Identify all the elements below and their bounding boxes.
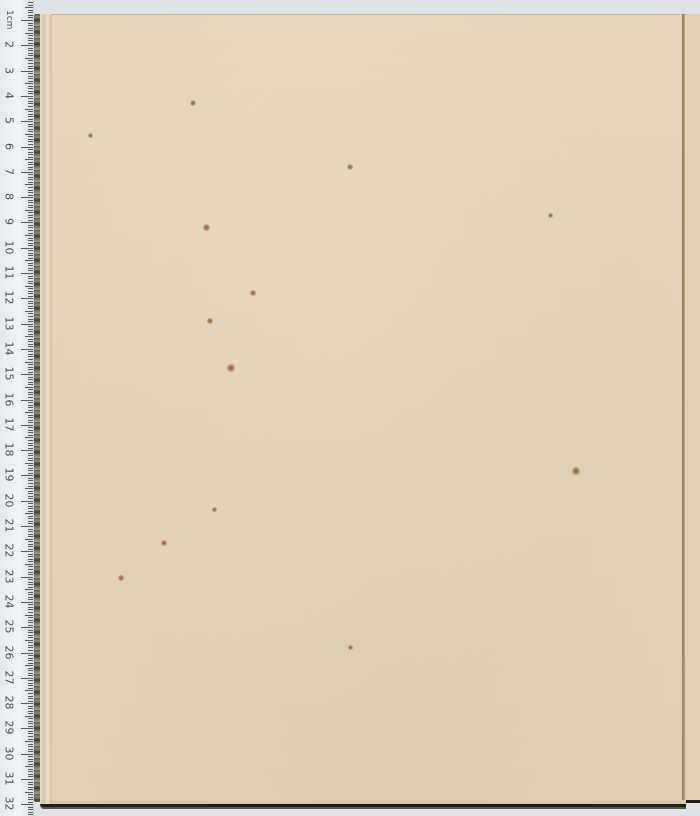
ruler-tick xyxy=(28,28,33,29)
ruler-tick xyxy=(28,506,33,507)
ruler-tick xyxy=(28,126,33,127)
ruler-cm-label: 15 xyxy=(3,366,16,382)
foxing-spot xyxy=(207,318,213,324)
ruler-tick xyxy=(28,455,33,456)
ruler-tick xyxy=(28,195,33,196)
ruler-tick xyxy=(28,675,33,676)
ruler-tick xyxy=(21,172,33,173)
ruler-tick xyxy=(28,468,33,469)
ruler-tick xyxy=(28,76,33,77)
ruler-tick xyxy=(28,17,33,18)
ruler-tick xyxy=(28,405,33,406)
ruler-cm-label: 26 xyxy=(3,644,16,660)
ruler-tick xyxy=(28,744,33,745)
ruler-tick xyxy=(28,541,33,542)
ruler-tick xyxy=(28,521,33,522)
ruler-cm-label: 3 xyxy=(3,62,16,78)
ruler-tick xyxy=(28,255,33,256)
ruler-tick xyxy=(28,86,33,87)
ruler-tick xyxy=(28,617,33,618)
ruler-tick xyxy=(28,609,33,610)
ruler-tick xyxy=(21,248,33,249)
ruler-tick xyxy=(28,200,33,201)
ruler-tick xyxy=(28,281,33,282)
ruler-tick xyxy=(28,470,33,471)
ruler-tick xyxy=(28,68,33,69)
ruler-tick xyxy=(28,152,33,153)
ruler-cm-label: 28 xyxy=(3,695,16,711)
ruler-tick xyxy=(28,253,33,254)
ruler-tick xyxy=(25,83,33,84)
ruler-tick xyxy=(28,645,33,646)
ruler-tick xyxy=(28,534,33,535)
ruler-tick xyxy=(28,607,33,608)
ruler-tick xyxy=(28,230,33,231)
ruler-tick xyxy=(28,215,33,216)
ruler-tick xyxy=(28,15,33,16)
ruler-tick xyxy=(28,162,33,163)
ruler-tick xyxy=(28,733,33,734)
ruler-tick xyxy=(28,296,33,297)
ruler-tick xyxy=(28,663,33,664)
ruler-cm-label: 4 xyxy=(3,87,16,103)
ruler-cm-label: 29 xyxy=(3,720,16,736)
ruler-tick xyxy=(21,678,33,679)
ruler-cm-label: 16 xyxy=(3,391,16,407)
ruler-tick xyxy=(28,776,33,777)
ruler-cm-label: 23 xyxy=(3,568,16,584)
ruler-tick xyxy=(28,726,33,727)
ruler-tick xyxy=(28,486,33,487)
ruler-tick xyxy=(28,238,33,239)
ruler-tick xyxy=(28,491,33,492)
ruler-tick xyxy=(28,66,33,67)
ruler-tick xyxy=(28,139,33,140)
ruler-tick xyxy=(25,615,33,616)
ruler-tick xyxy=(28,597,33,598)
ruler-tick xyxy=(28,430,33,431)
foxing-spot xyxy=(347,164,353,170)
ruler-tick xyxy=(25,109,33,110)
ruler-tick xyxy=(28,326,33,327)
ruler-tick xyxy=(21,526,33,527)
ruler-tick xyxy=(28,265,33,266)
ruler-tick xyxy=(21,501,33,502)
ruler-tick xyxy=(28,212,33,213)
ruler-tick xyxy=(28,93,33,94)
ruler-tick xyxy=(28,354,33,355)
ruler-tick xyxy=(28,207,33,208)
ruler-tick xyxy=(28,60,33,61)
ruler-tick xyxy=(21,703,33,704)
ruler-tick xyxy=(28,91,33,92)
ruler-cm-label: 8 xyxy=(3,189,16,205)
ruler-tick xyxy=(25,210,33,211)
foxing-spot xyxy=(348,645,353,650)
ruler-tick xyxy=(28,718,33,719)
ruler-tick xyxy=(28,478,33,479)
ruler-tick xyxy=(28,187,33,188)
ruler-tick xyxy=(28,240,33,241)
ruler-tick xyxy=(28,549,33,550)
ruler-tick xyxy=(21,577,33,578)
ruler-tick xyxy=(28,761,33,762)
ruler-cm-label: 1cm xyxy=(4,10,14,26)
ruler-tick xyxy=(25,134,33,135)
ruler-tick xyxy=(28,2,33,3)
ruler-tick xyxy=(28,220,33,221)
ruler-tick xyxy=(28,63,33,64)
ruler-tick xyxy=(21,400,33,401)
ruler-cm-label: 30 xyxy=(3,745,16,761)
ruler-tick xyxy=(28,301,33,302)
ruler-tick xyxy=(28,233,33,234)
ruler-tick xyxy=(28,35,33,36)
ruler-tick xyxy=(21,197,33,198)
ruler-tick xyxy=(28,688,33,689)
ruler-tick xyxy=(28,764,33,765)
ruler-tick xyxy=(28,784,33,785)
ruler-tick xyxy=(28,769,33,770)
ruler-tick xyxy=(28,493,33,494)
ruler-tick xyxy=(28,344,33,345)
ruler-tick xyxy=(28,670,33,671)
ruler-tick xyxy=(21,425,33,426)
ruler-tick xyxy=(28,706,33,707)
ruler-tick xyxy=(28,243,33,244)
ruler-tick xyxy=(25,387,33,388)
foxing-spot xyxy=(548,213,553,218)
ruler-tick xyxy=(25,513,33,514)
scanned-book-page: 1cm2345678910111213141516171819202122232… xyxy=(0,0,700,816)
ruler-cm-label: 7 xyxy=(3,163,16,179)
ruler-tick xyxy=(28,713,33,714)
ruler-tick xyxy=(21,374,33,375)
ruler-tick xyxy=(28,650,33,651)
ruler-tick xyxy=(28,582,33,583)
ruler-tick xyxy=(28,579,33,580)
ruler-tick xyxy=(28,334,33,335)
ruler-tick xyxy=(28,263,33,264)
ruler-tick xyxy=(28,516,33,517)
ruler-tick xyxy=(28,53,33,54)
ruler-tick xyxy=(28,154,33,155)
ruler-tick xyxy=(28,55,33,56)
ruler-tick xyxy=(21,602,33,603)
ruler-tick xyxy=(21,349,33,350)
ruler-tick xyxy=(28,723,33,724)
ruler-tick xyxy=(28,746,33,747)
ruler-tick xyxy=(28,346,33,347)
ruler-tick xyxy=(28,561,33,562)
ruler-tick xyxy=(28,313,33,314)
ruler-tick xyxy=(28,389,33,390)
ruler-tick xyxy=(28,384,33,385)
ruler-tick xyxy=(28,782,33,783)
ruler-tick xyxy=(28,410,33,411)
ruler-tick xyxy=(21,728,33,729)
foxing-spot xyxy=(190,100,196,106)
ruler-cm-label: 19 xyxy=(3,467,16,483)
ruler-tick xyxy=(28,38,33,39)
ruler-tick xyxy=(28,544,33,545)
ruler-tick xyxy=(21,324,33,325)
ruler-tick xyxy=(21,273,33,274)
ruler-tick xyxy=(28,635,33,636)
ruler-tick xyxy=(28,420,33,421)
ruler-tick xyxy=(28,660,33,661)
ruler-tick xyxy=(28,637,33,638)
ruler-cm-label: 32 xyxy=(3,796,16,812)
ruler-tick xyxy=(28,625,33,626)
ruler-tick xyxy=(28,554,33,555)
ruler-tick xyxy=(28,10,33,11)
ruler-tick xyxy=(25,640,33,641)
ruler-tick xyxy=(28,88,33,89)
ruler-tick xyxy=(28,407,33,408)
ruler-cm-label: 6 xyxy=(3,138,16,154)
foxing-spot xyxy=(203,224,210,231)
ruler-tick xyxy=(28,708,33,709)
ruler-tick xyxy=(28,377,33,378)
ruler-cm-label: 27 xyxy=(3,669,16,685)
ruler-tick xyxy=(28,432,33,433)
ruler-tick xyxy=(28,546,33,547)
ruler-tick xyxy=(28,787,33,788)
ruler-tick xyxy=(28,701,33,702)
ruler-tick xyxy=(28,789,33,790)
ruler-tick xyxy=(28,341,33,342)
ruler-tick xyxy=(28,658,33,659)
ruler-tick xyxy=(28,594,33,595)
ruler-tick xyxy=(28,774,33,775)
ruler-tick xyxy=(28,622,33,623)
ruler-tick xyxy=(28,319,33,320)
ruler-tick xyxy=(28,435,33,436)
ruler-tick xyxy=(28,182,33,183)
ruler-tick xyxy=(25,260,33,261)
ruler-tick xyxy=(28,303,33,304)
ruler-tick xyxy=(25,58,33,59)
ruler-tick xyxy=(25,159,33,160)
ruler-cm-label: 21 xyxy=(3,518,16,534)
ruler-tick xyxy=(28,417,33,418)
ruler-tick xyxy=(28,445,33,446)
ruler-cm-label: 24 xyxy=(3,593,16,609)
ruler-tick xyxy=(28,202,33,203)
ruler-tick xyxy=(28,698,33,699)
ruler-tick xyxy=(28,592,33,593)
ruler-tick xyxy=(28,43,33,44)
ruler-tick xyxy=(28,278,33,279)
measuring-ruler: 1cm2345678910111213141516171819202122232… xyxy=(0,0,34,816)
ruler-tick xyxy=(28,40,33,41)
ruler-cm-label: 14 xyxy=(3,340,16,356)
ruler-tick xyxy=(28,331,33,332)
ruler-tick xyxy=(21,147,33,148)
ruler-tick xyxy=(28,536,33,537)
ruler-tick xyxy=(28,465,33,466)
ruler-tick xyxy=(28,794,33,795)
ruler-tick xyxy=(28,25,33,26)
ruler-tick xyxy=(28,529,33,530)
ruler-tick xyxy=(28,397,33,398)
ruler-tick xyxy=(28,364,33,365)
ruler-tick xyxy=(28,458,33,459)
ruler-tick xyxy=(28,48,33,49)
ruler-tick xyxy=(21,779,33,780)
ruler-tick xyxy=(28,367,33,368)
ruler-tick xyxy=(28,632,33,633)
ruler-tick xyxy=(25,7,33,8)
ruler-tick xyxy=(28,731,33,732)
ruler-tick xyxy=(28,587,33,588)
ruler-cm-label: 22 xyxy=(3,543,16,559)
ruler-tick xyxy=(28,693,33,694)
ruler-tick xyxy=(28,749,33,750)
ruler-tick xyxy=(28,114,33,115)
ruler-tick xyxy=(28,50,33,51)
ruler-tick xyxy=(28,141,33,142)
ruler-tick xyxy=(28,98,33,99)
foxing-spot xyxy=(88,133,93,138)
ruler-tick xyxy=(21,71,33,72)
foxing-spot xyxy=(250,290,256,296)
ruler-tick xyxy=(28,81,33,82)
ruler-tick xyxy=(25,665,33,666)
page-gutter xyxy=(682,14,685,800)
ruler-tick xyxy=(21,754,33,755)
ruler-tick xyxy=(28,566,33,567)
ruler-tick xyxy=(28,415,33,416)
ruler-tick xyxy=(25,463,33,464)
ruler-tick xyxy=(28,78,33,79)
ruler-tick xyxy=(28,496,33,497)
ruler-tick xyxy=(28,673,33,674)
ruler-tick xyxy=(28,119,33,120)
ruler-tick xyxy=(28,759,33,760)
ruler-tick xyxy=(21,653,33,654)
ruler-tick xyxy=(28,453,33,454)
ruler-tick xyxy=(28,683,33,684)
ruler-tick xyxy=(28,448,33,449)
ruler-tick xyxy=(28,23,33,24)
adjacent-page-edge xyxy=(686,14,700,803)
ruler-tick xyxy=(21,222,33,223)
ruler-tick xyxy=(28,270,33,271)
ruler-tick xyxy=(28,116,33,117)
ruler-tick xyxy=(28,129,33,130)
ruler-tick xyxy=(28,157,33,158)
ruler-tick xyxy=(28,498,33,499)
ruler-tick xyxy=(28,809,33,810)
ruler-tick xyxy=(28,329,33,330)
ruler-tick xyxy=(28,630,33,631)
ruler-tick xyxy=(28,620,33,621)
ruler-tick xyxy=(28,225,33,226)
ruler-tick xyxy=(28,559,33,560)
ruler-tick xyxy=(25,741,33,742)
ruler-tick xyxy=(21,121,33,122)
ruler-tick xyxy=(28,756,33,757)
blank-page xyxy=(52,14,686,801)
foxing-spot xyxy=(227,364,235,372)
ruler-tick xyxy=(28,668,33,669)
ruler-tick xyxy=(28,174,33,175)
ruler-tick xyxy=(28,392,33,393)
ruler-tick xyxy=(28,572,33,573)
ruler-tick xyxy=(28,503,33,504)
ruler-tick xyxy=(28,359,33,360)
ruler-tick xyxy=(28,508,33,509)
ruler-tick xyxy=(28,369,33,370)
ruler-tick xyxy=(28,177,33,178)
ruler-tick xyxy=(28,604,33,605)
ruler-tick xyxy=(28,339,33,340)
ruler-tick xyxy=(21,627,33,628)
ruler-tick xyxy=(28,685,33,686)
ruler-tick xyxy=(28,291,33,292)
ruler-tick xyxy=(28,394,33,395)
ruler-tick xyxy=(21,96,33,97)
ruler-tick xyxy=(28,227,33,228)
ruler-tick xyxy=(28,192,33,193)
ruler-tick xyxy=(25,235,33,236)
ruler-cm-label: 11 xyxy=(3,265,16,281)
ruler-tick xyxy=(28,574,33,575)
ruler-tick xyxy=(28,283,33,284)
ruler-tick xyxy=(25,437,33,438)
ruler-tick xyxy=(28,647,33,648)
ruler-tick xyxy=(28,480,33,481)
foxing-spot xyxy=(572,467,580,475)
ruler-tick xyxy=(28,680,33,681)
ruler-tick xyxy=(25,589,33,590)
ruler-tick xyxy=(28,250,33,251)
ruler-tick xyxy=(25,362,33,363)
ruler-tick xyxy=(28,316,33,317)
ruler-tick xyxy=(25,690,33,691)
ruler-tick xyxy=(25,539,33,540)
ruler-cm-label: 17 xyxy=(3,416,16,432)
ruler-cm-label: 12 xyxy=(3,290,16,306)
ruler-tick xyxy=(28,111,33,112)
ruler-tick xyxy=(25,766,33,767)
ruler-cm-label: 5 xyxy=(3,113,16,129)
ruler-tick xyxy=(28,771,33,772)
ruler-tick xyxy=(28,422,33,423)
ruler-tick xyxy=(21,475,33,476)
ruler-tick xyxy=(28,12,33,13)
ruler-tick xyxy=(28,167,33,168)
ruler-tick xyxy=(28,30,33,31)
ruler-cm-label: 2 xyxy=(3,37,16,53)
ruler-tick xyxy=(21,450,33,451)
ruler-cm-label: 13 xyxy=(3,315,16,331)
ruler-tick xyxy=(28,473,33,474)
ruler-tick xyxy=(28,293,33,294)
ruler-tick xyxy=(21,20,33,21)
ruler-tick xyxy=(28,402,33,403)
ruler-tick xyxy=(28,372,33,373)
ruler-tick xyxy=(28,103,33,104)
ruler-tick xyxy=(25,336,33,337)
foxing-spot xyxy=(161,540,167,546)
ruler-tick xyxy=(28,696,33,697)
ruler-tick xyxy=(28,812,33,813)
ruler-tick xyxy=(28,523,33,524)
ruler-tick xyxy=(28,73,33,74)
